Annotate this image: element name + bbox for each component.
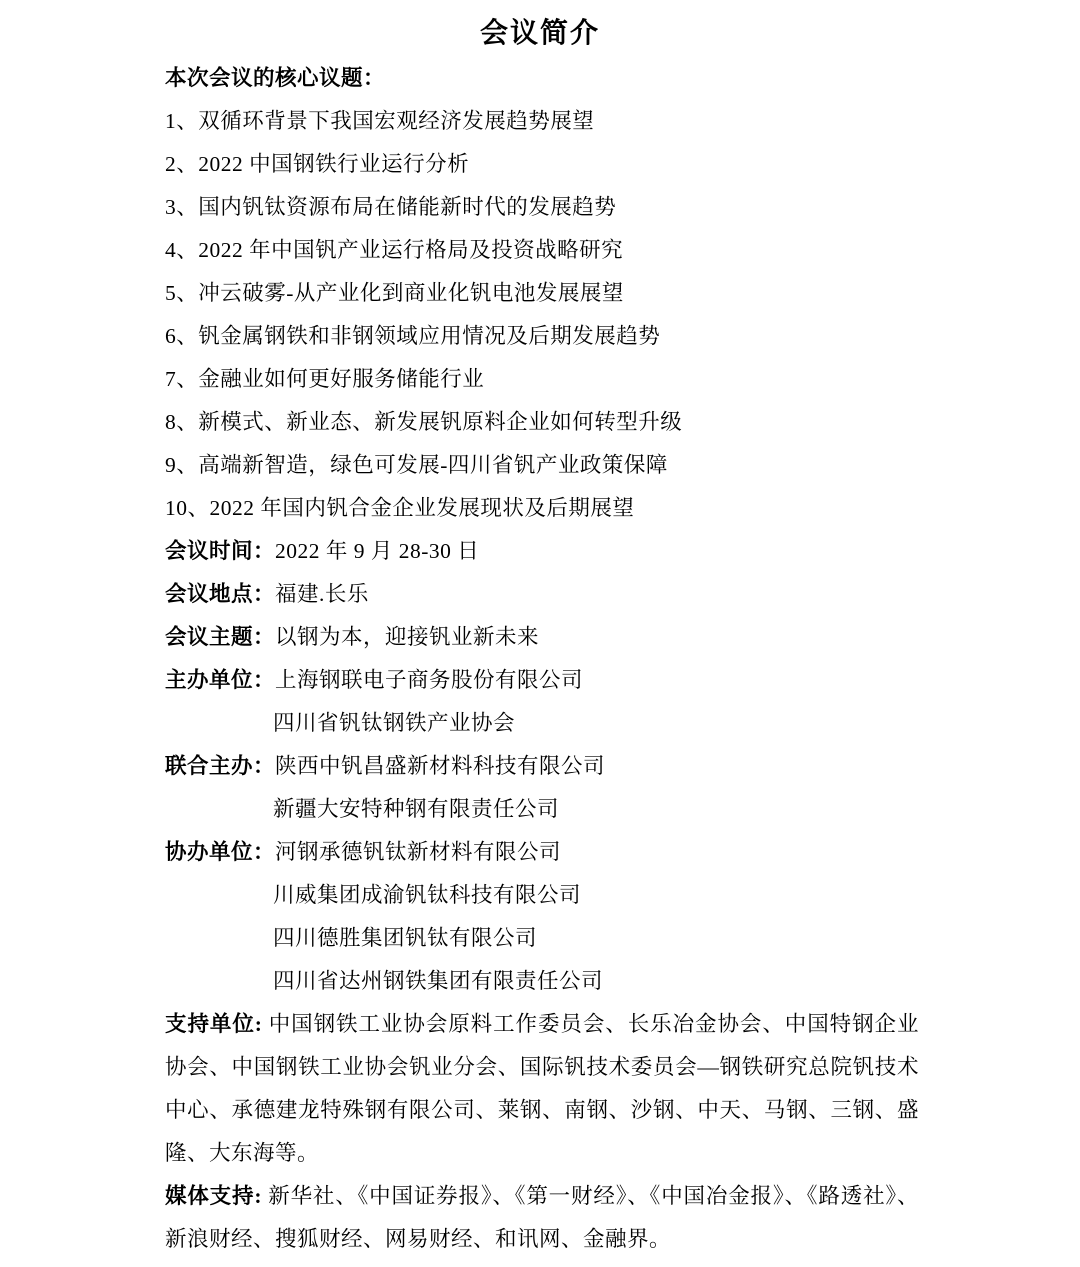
organizer-name: 四川德胜集团钒钛有限公司 (165, 917, 919, 960)
topic-item-8: 8、新模式、新业态、新发展钒原料企业如何转型升级 (165, 401, 919, 444)
page-title: 会议简介 (0, 14, 1080, 54)
topic-item-1: 1、双循环背景下我国宏观经济发展趋势展望 (165, 100, 919, 143)
organizer-label-cohost: 联合主办： (165, 745, 275, 788)
organizer-name: 四川省钒钛钢铁产业协会 (165, 702, 919, 745)
topic-item-5: 5、冲云破雾-从产业化到商业化钒电池发展展望 (165, 272, 919, 315)
organizer-label-assist: 协办单位： (165, 831, 275, 874)
detail-label-location: 会议地点： (165, 573, 275, 616)
topic-item-2: 2、2022 中国钢铁行业运行分析 (165, 143, 919, 186)
topic-item-9: 9、高端新智造，绿色可发展-四川省钒产业政策保障 (165, 444, 919, 487)
intro-heading: 本次会议的核心议题： (165, 57, 919, 100)
organizer-name: 上海钢联电子商务股份有限公司 (275, 659, 583, 702)
detail-value-location: 福建.长乐 (275, 573, 369, 616)
detail-row-time: 会议时间： 2022 年 9 月 28-30 日 (165, 530, 919, 573)
detail-row-theme: 会议主题： 以钢为本，迎接钒业新未来 (165, 616, 919, 659)
media-paragraph: 媒体支持: 新华社、《中国证券报》、《第一财经》、《中国冶金报》、《路透社》、新… (165, 1175, 919, 1261)
organizer-label-host: 主办单位： (165, 659, 275, 702)
organizer-row-cohost: 联合主办： 陕西中钒昌盛新材料科技有限公司 (165, 745, 919, 788)
topic-item-6: 6、钒金属钢铁和非钢领域应用情况及后期发展趋势 (165, 315, 919, 358)
topic-item-7: 7、金融业如何更好服务储能行业 (165, 358, 919, 401)
support-label: 支持单位: (165, 1012, 262, 1036)
document-body: 本次会议的核心议题： 1、双循环背景下我国宏观经济发展趋势展望 2、2022 中… (165, 57, 919, 1261)
organizer-name: 新疆大安特种钢有限责任公司 (165, 788, 919, 831)
topic-item-4: 4、2022 年中国钒产业运行格局及投资战略研究 (165, 229, 919, 272)
organizer-name: 四川省达州钢铁集团有限责任公司 (165, 960, 919, 1003)
organizer-name: 川威集团成渝钒钛科技有限公司 (165, 874, 919, 917)
detail-value-theme: 以钢为本，迎接钒业新未来 (275, 616, 539, 659)
organizer-name: 河钢承德钒钛新材料有限公司 (275, 831, 561, 874)
support-text: 中国钢铁工业协会原料工作委员会、长乐冶金协会、中国特钢企业协会、中国钢铁工业协会… (165, 1012, 919, 1165)
organizer-name: 陕西中钒昌盛新材料科技有限公司 (275, 745, 605, 788)
media-label: 媒体支持: (165, 1184, 262, 1208)
detail-label-theme: 会议主题： (165, 616, 275, 659)
topic-item-3: 3、国内钒钛资源布局在储能新时代的发展趋势 (165, 186, 919, 229)
support-paragraph: 支持单位: 中国钢铁工业协会原料工作委员会、长乐冶金协会、中国特钢企业协会、中国… (165, 1003, 919, 1175)
detail-value-time: 2022 年 9 月 28-30 日 (275, 530, 479, 573)
detail-label-time: 会议时间： (165, 530, 275, 573)
topic-item-10: 10、2022 年国内钒合金企业发展现状及后期展望 (165, 487, 919, 530)
organizer-row-host: 主办单位： 上海钢联电子商务股份有限公司 (165, 659, 919, 702)
organizer-row-assist: 协办单位： 河钢承德钒钛新材料有限公司 (165, 831, 919, 874)
media-text: 新华社、《中国证券报》、《第一财经》、《中国冶金报》、《路透社》、新浪财经、搜狐… (165, 1184, 919, 1251)
detail-row-location: 会议地点： 福建.长乐 (165, 573, 919, 616)
document-page: 会议简介 本次会议的核心议题： 1、双循环背景下我国宏观经济发展趋势展望 2、2… (0, 14, 1080, 1267)
